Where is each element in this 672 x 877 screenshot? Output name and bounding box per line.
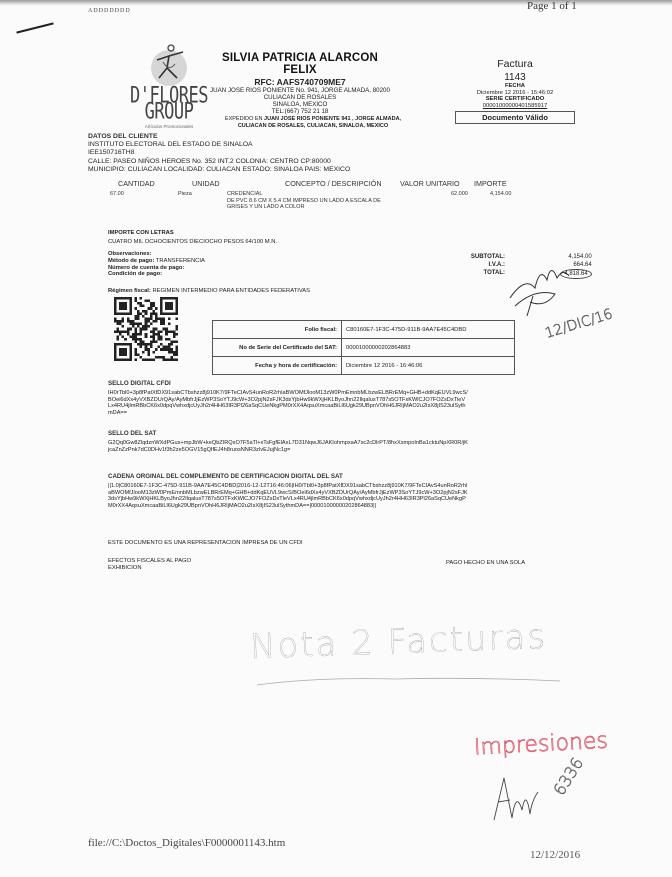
observations-label: Observaciones: — [108, 251, 152, 257]
table-row: Fecha y hora de certificación: Diciembre… — [213, 357, 515, 375]
single-payment-note: PAGO HECHO EN UNA SOLA — [446, 560, 525, 566]
column-header-unit: UNIDAD — [192, 179, 220, 188]
handwritten-note: Nota 2 Facturas — [249, 617, 547, 667]
client-header: DATOS DEL CLIENTE — [88, 133, 508, 141]
column-header-unit-price: VALOR UNITARIO — [400, 179, 460, 188]
issued-at-line1: JUAN JOSE RIOS PONIENTE 941 , JORGE ALMA… — [264, 116, 401, 122]
fiscal-effects-line1: EFECTOS FISCALES AL PAGO — [108, 558, 191, 565]
fiscal-regime: Régimen fiscal: REGIMEN INTERMEDIO PARA … — [108, 288, 310, 294]
issuer-address-line: CULIACAN DE ROSALES — [205, 94, 395, 101]
client-municipality: MUNICIPIO: CULIACAN LOCALIDAD: CULIACAN … — [88, 166, 508, 174]
handwritten-number: 6336 — [550, 754, 588, 799]
digital-seal-value: IH0rTbl0+3p8fPatXfDX91sabCTbshzz8j910K7/… — [108, 390, 468, 417]
observations-block: Observaciones: Método de pago: TRANSFERE… — [108, 251, 205, 278]
invoice-date: Diciembre 12 2016 - 15:46:02 — [455, 90, 575, 97]
issuer-rfc: RFC: AAFS740709ME7 — [205, 77, 395, 87]
handwritten-red-note: Impresiones — [473, 729, 608, 761]
amount-in-words-label: IMPORTE CON LETRAS — [108, 229, 277, 238]
logo-name-line2: GROUP — [124, 102, 214, 123]
client-rfc: IEE150716TH8 — [88, 149, 508, 157]
issued-at-line2: CULIACAN DE ROSALES, CULIACAN, SINALOA, … — [238, 123, 388, 129]
invoice-date-label: FECHA — [455, 83, 575, 90]
original-chain-value: ||1.0|C80160E7-1F3C-475D-911B-9AA7E45C4D… — [108, 483, 468, 510]
cert-datetime-value: Diciembre 12 2016 - 16:46:06 — [342, 357, 515, 375]
page-header-left: ADDDDDDD — [88, 8, 131, 14]
condition-label: Condición de pago: — [108, 271, 162, 277]
fiscal-regime-value: REGIMEN INTERMEDIO PARA ENTIDADES FEDERA… — [152, 288, 310, 294]
column-header-quantity: CANTIDAD — [118, 179, 155, 188]
sat-cert-value: 00001000000202864883 — [342, 339, 515, 357]
cert-datetime-label: Fecha y hora de certificación: — [213, 357, 342, 375]
pen-stroke-mark — [16, 22, 53, 33]
amount-in-words-value: CUATRO MIL OCHOCIENTOS DIECIOCHO PESOS 6… — [108, 238, 277, 247]
item-description: CREDENCIAL DE PVC 8.6 CM X 5.4 CM IMPRES… — [227, 191, 381, 211]
sat-cert-label: No de Serie del Certificado del SAT: — [213, 339, 342, 357]
issuer-phone: TEL:(667) 752 21 18 — [205, 108, 395, 115]
total-label: TOTAL: — [460, 269, 505, 277]
issuer-name: SILVIA PATRICIA ALARCON FELIX — [205, 52, 395, 76]
item-unit: Pieza — [178, 191, 192, 197]
issuer-address-line: JUAN JOSE RIOS PONIENTE No. 941, JORGE A… — [205, 87, 395, 94]
sat-seal-block: SELLO DEL SAT G2Qq0Gw8ZlqdznWXdPGus+mpJb… — [108, 431, 468, 453]
cert-series-number: 00001000000401585917 — [455, 103, 575, 110]
company-logo: D'FLORES GROUP Artículos Promocionales — [124, 42, 214, 129]
payment-method-label: Método de pago: — [108, 258, 154, 264]
item-description-line: GRISES Y UN LADO A COLOR — [227, 204, 381, 211]
client-block: DATOS DEL CLIENTE INSTITUTO ELECTORAL DE… — [88, 133, 508, 174]
underline-stroke-icon — [255, 675, 565, 687]
cfdi-representation-note: ESTE DOCUMENTO ES UNA REPRESENTACION IMP… — [108, 540, 303, 546]
client-name: INSTITUTO ELECTORAL DEL ESTADO DE SINALO… — [88, 141, 508, 149]
fiscal-regime-label: Régimen fiscal: — [108, 288, 151, 294]
iva-label: I.V.A.: — [460, 261, 505, 269]
cert-series-label: SERIE CERTIFICADO — [455, 96, 575, 103]
folio-fiscal-label: Folio fiscal: — [213, 321, 342, 339]
amount-in-words: IMPORTE CON LETRAS CUATRO MIL OCHOCIENTO… — [108, 229, 277, 247]
folio-fiscal-value: C80160E7-1F3C-475D-911B-9AA7E45C4DBD — [342, 321, 515, 339]
invoice-number: 1143 — [455, 72, 575, 83]
certification-table: Folio fiscal: C80160E7-1F3C-475D-911B-9A… — [212, 320, 515, 375]
issuer-address-line: SINALOA, MEXICO — [205, 101, 395, 108]
account-label: Número de cuenta de pago: — [108, 265, 184, 271]
file-path: file://C:\Doctos_Digitales\F0000001143.h… — [88, 837, 285, 849]
original-chain-block: CADENA ORGINAL DEL COMPLEMENTO DE CERTIF… — [108, 474, 468, 510]
table-row: Folio fiscal: C80160E7-1F3C-475D-911B-9A… — [213, 321, 515, 339]
page-number: Page 1 of 1 — [527, 0, 577, 12]
table-row: No de Serie del Certificado del SAT: 000… — [213, 339, 515, 357]
qr-code-icon — [114, 297, 178, 361]
item-quantity: 67.00 — [110, 191, 124, 197]
handwritten-initials-icon — [490, 770, 550, 830]
invoice-header: Factura 1143 FECHA Diciembre 12 2016 - 1… — [455, 58, 575, 124]
fiscal-effects: EFECTOS FISCALES AL PAGO EXHIBICION — [108, 558, 191, 572]
sat-seal-label: SELLO DEL SAT — [108, 431, 468, 438]
column-header-amount: IMPORTE — [474, 179, 507, 188]
handwritten-signature-icon — [505, 258, 575, 318]
dancer-logo-icon — [149, 42, 189, 88]
digital-seal-label: SELLO DIGITAL CFDI — [108, 381, 468, 388]
column-header-description: CONCEPTO / DESCRIPCIÓN — [285, 179, 382, 188]
item-unit-price: 62.000 — [451, 191, 468, 197]
issuer-block: SILVIA PATRICIA ALARCON FELIX RFC: AAFS7… — [205, 52, 395, 115]
payment-method-value: TRANSFERENCIA — [156, 258, 205, 264]
print-date: 12/12/2016 — [530, 849, 580, 861]
invoice-title: Factura — [455, 58, 575, 70]
issued-at-label: EXPEDIDO EN — [225, 116, 263, 122]
digital-seal-block: SELLO DIGITAL CFDI IH0rTbl0+3p8fPatXfDX9… — [108, 381, 468, 417]
subtotal-label: SUBTOTAL: — [460, 253, 505, 261]
issued-at-block: EXPEDIDO EN JUAN JOSE RIOS PONIENTE 941 … — [218, 116, 408, 130]
original-chain-label: CADENA ORGINAL DEL COMPLEMENTO DE CERTIF… — [108, 474, 468, 481]
client-street: CALLE: PASEO NIÑOS HEROES No. 352 INT.2 … — [88, 158, 508, 166]
status-badge: Documento Válido — [455, 111, 575, 124]
fiscal-effects-line2: EXHIBICION — [108, 565, 191, 572]
sat-seal-value: G2Qq0Gw8ZlqdznWXdPGus+mpJbW+keQbZIRQsO7F… — [108, 440, 468, 454]
item-amount: 4,154.00 — [490, 191, 511, 197]
